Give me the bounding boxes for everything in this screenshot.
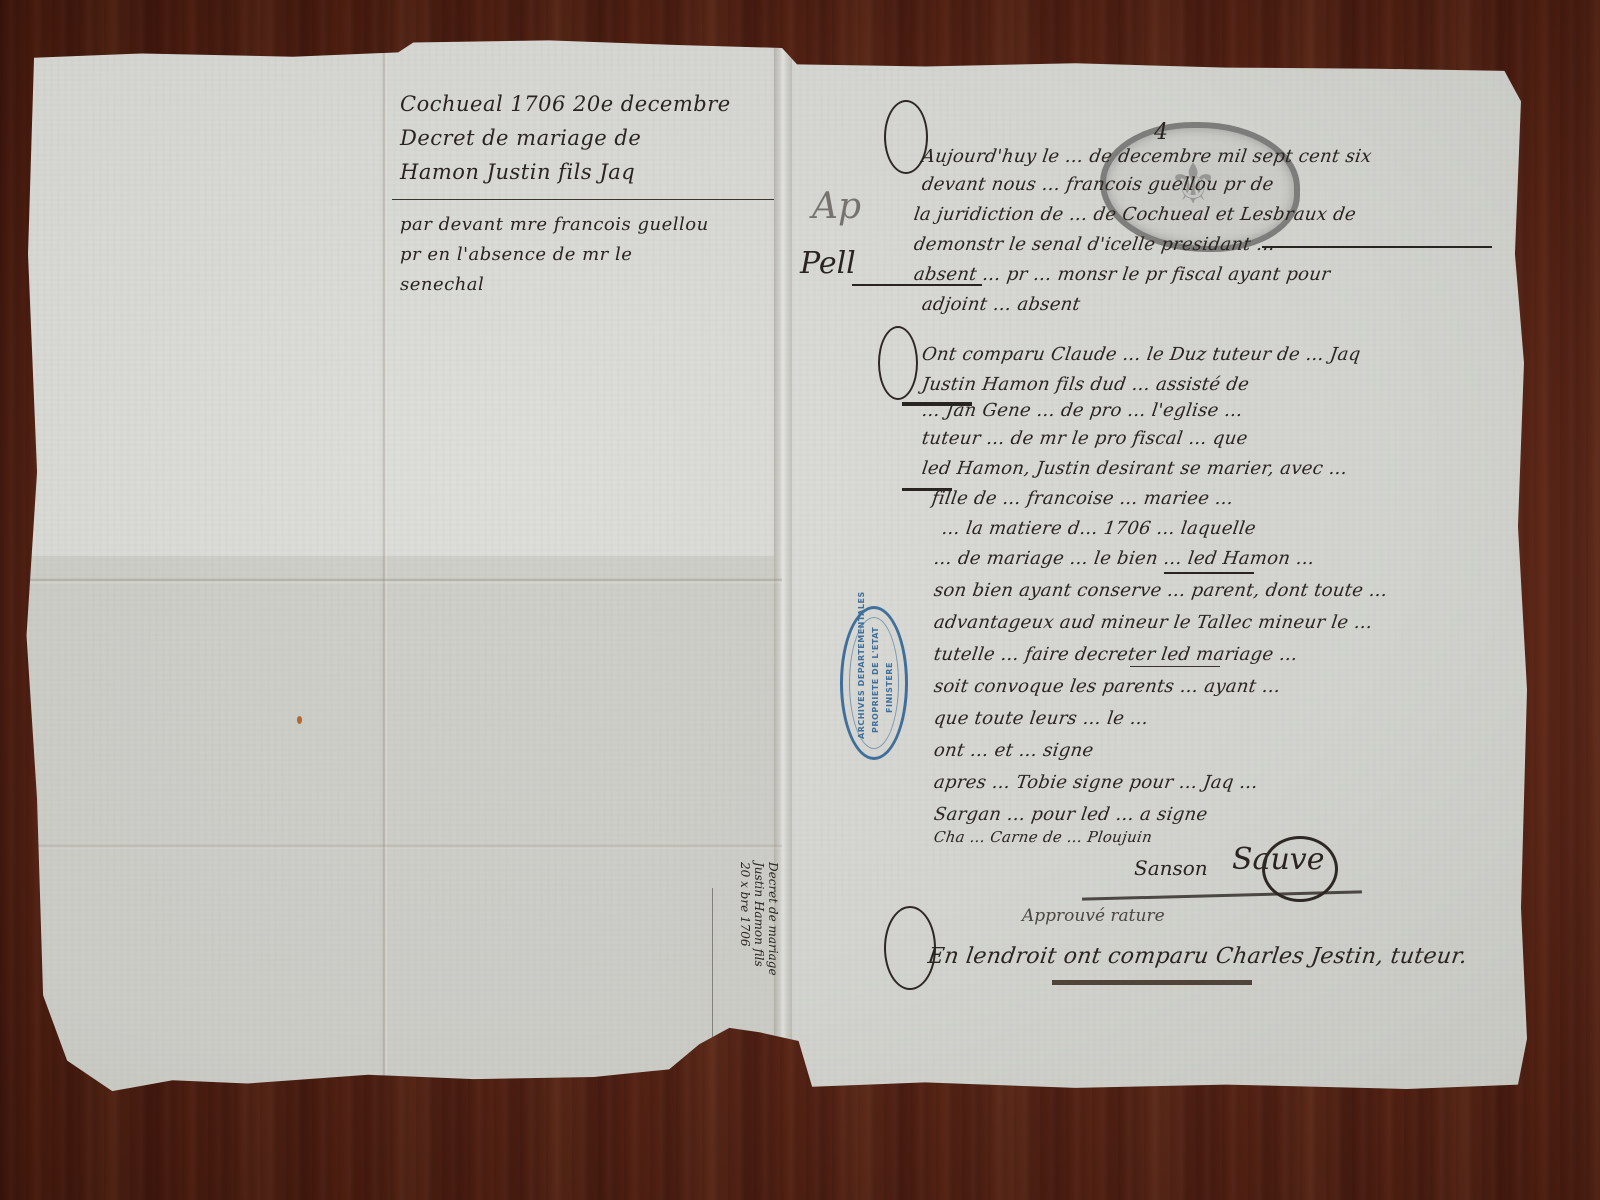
text-line: apres ... Tobie signe pour ... Jaq ... bbox=[933, 772, 1260, 793]
text-line: ... la matiere d... 1706 ... laquelle bbox=[941, 518, 1258, 539]
text-line: son bien ayant conserve ... parent, dont… bbox=[933, 580, 1389, 601]
docket-line-2: Decret de mariage de bbox=[400, 126, 641, 150]
margin-initials-2: Pell bbox=[800, 246, 856, 281]
text-line: ont ... et ... signe bbox=[933, 740, 1095, 761]
docket-line-1: Cochueal 1706 20e decembre bbox=[400, 92, 731, 116]
docket-rule bbox=[392, 199, 774, 200]
marginal-note-2: Justin Hamon fils bbox=[752, 862, 766, 967]
text-line: fille de ... francoise ... mariee ... bbox=[931, 488, 1235, 509]
text-line: Sargan ... pour led ... a signe bbox=[933, 804, 1209, 825]
text-line: soit convoque les parents ... ayant ... bbox=[933, 676, 1282, 697]
stamp-text-outer: ARCHIVES DEPARTEMENTALES bbox=[857, 591, 866, 739]
lower-stain-area bbox=[22, 556, 774, 1096]
closing-line: En lendroit ont comparu Charles Jestin, … bbox=[926, 944, 1469, 969]
text-line: absent ... pr ... monsr le pr fiscal aya… bbox=[913, 264, 1332, 285]
seal-number: 4 bbox=[1154, 120, 1168, 145]
archive-stamp: ARCHIVES DEPARTEMENTALES PROPRIETE DE L'… bbox=[840, 606, 908, 760]
text-line: led Hamon, Justin desirant se marier, av… bbox=[921, 458, 1349, 479]
closing-underline bbox=[1052, 980, 1252, 985]
text-line: tutelle ... faire decreter led mariage .… bbox=[933, 644, 1299, 665]
text-line: adjoint ... absent bbox=[921, 294, 1082, 315]
signature-sanson: Sanson bbox=[1134, 856, 1208, 880]
underline bbox=[1130, 666, 1220, 667]
text-line: Justin Hamon fils dud ... assisté de bbox=[921, 374, 1251, 395]
marginal-note-1: Decret de mariage bbox=[766, 862, 780, 976]
text-line: la juridiction de ... de Cochueal et Les… bbox=[913, 204, 1358, 225]
approval-annotation: Approuvé rature bbox=[1022, 906, 1165, 926]
stamp-text-inner: FINISTERE bbox=[885, 662, 894, 713]
manuscript-sheet: Cochueal 1706 20e decembre Decret de mar… bbox=[22, 36, 1527, 1126]
text-line: Ont comparu Claude ... le Duz tuteur de … bbox=[921, 344, 1362, 365]
rust-spot bbox=[297, 716, 302, 724]
text-line: Aujourd'huy le ... de decembre mil sept … bbox=[921, 146, 1374, 167]
fold-line-horizontal-lower bbox=[22, 844, 782, 850]
text-line: Cha ... Carne de ... Ploujuin bbox=[933, 828, 1154, 846]
text-line: devant nous ... francois guellou pr de bbox=[921, 174, 1276, 195]
margin-initials-1: Ap bbox=[812, 186, 861, 227]
initial-flourish-icon bbox=[878, 326, 918, 400]
text-line: que toute leurs ... le ... bbox=[933, 708, 1150, 729]
fold-line-horizontal bbox=[22, 578, 782, 584]
marginal-note-3: 20 x bre 1706 bbox=[738, 862, 752, 947]
docket-line-3: Hamon Justin fils Jaq bbox=[400, 160, 635, 184]
docket-line-4: par devant mre francois guellou bbox=[400, 214, 709, 235]
stamp-text-middle: PROPRIETE DE L'ETAT bbox=[871, 627, 880, 733]
text-line: tuteur ... de mr le pro fiscal ... que bbox=[921, 428, 1250, 449]
strikethrough bbox=[852, 284, 982, 286]
text-line: demonstr le senal d'icelle presidant ... bbox=[913, 234, 1277, 255]
strikethrough bbox=[1164, 572, 1254, 574]
text-line: ... de mariage ... le bien ... led Hamon… bbox=[933, 548, 1316, 569]
text-line: ... Jan Gene ... de pro ... l'eglise ... bbox=[921, 400, 1245, 421]
docket-line-6: senechal bbox=[400, 274, 484, 295]
strikethrough bbox=[1262, 246, 1492, 248]
text-line: advantageux aud mineur le Tallec mineur … bbox=[933, 612, 1374, 633]
docket-line-5: pr en l'absence de mr le bbox=[400, 244, 632, 265]
